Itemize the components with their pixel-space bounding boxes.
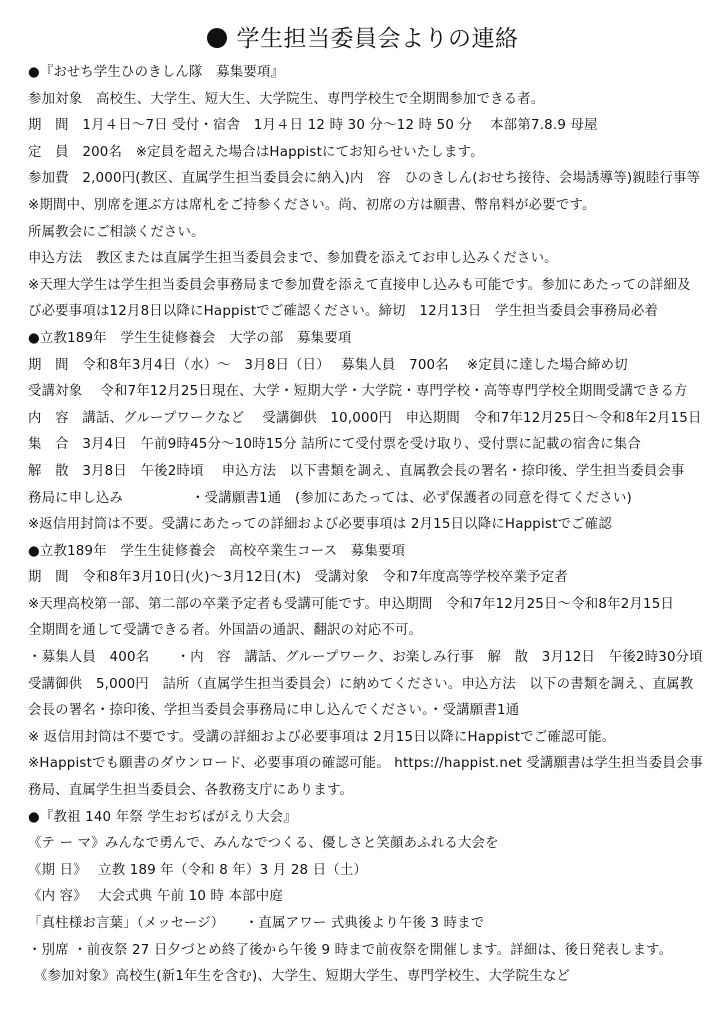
text-line: ※天理高校第一部、第二部の卒業予定者も受講可能です。申込期間 令和7年12月25… [28, 592, 718, 619]
text-line: ※ 返信用封筒は不要です。受講の詳細および必要事項は 2月15日以降にHappi… [28, 725, 718, 752]
text-line: 集 合 3月4日 午前9時45分～10時15分 詰所にて受付票を受け取り、受付票… [28, 432, 718, 459]
text-line: 定 員 200名 ※定員を超えた場合はHappistにてお知らせいたします。 [28, 140, 718, 167]
text-line: 受講対象 令和7年12月25日現在、大学・短期大学・大学院・専門学校・高等専門学… [28, 379, 718, 406]
text-line: 「真柱様お言葉」（メッセージ） ・直属アワー 式典後より午後 3 時まで [28, 911, 718, 938]
text-line: 申込方法 教区または直属学生担当委員会まで、参加費を添えてお申し込みください。 [28, 246, 718, 273]
text-line: ※Happistでも願書のダウンロード、必要事項の確認可能。 https://h… [28, 751, 718, 778]
text-line: 期 間 令和8年3月4日（水）～ 3月8日（日） 募集人員 700名 ※定員に達… [28, 353, 718, 380]
text-line: 期 間 令和8年3月10日(火)～3月12日(木) 受講対象 令和7年度高等学校… [28, 565, 718, 592]
text-line: 内 容 講話、グループワークなど 受講御供 10,000円 申込期間 令和7年1… [28, 406, 718, 433]
section-heading-osechi: ●『おせち学生ひのきしん隊 募集要項』 [28, 60, 718, 87]
text-line: 受講御供 5,000円 詰所（直属学生担当委員会）に納めてください。申込方法 以… [28, 672, 718, 699]
text-line: 参加費 2,000円(教区、直属学生担当委員会に納入)内 容 ひのきしん(おせち… [28, 166, 718, 193]
section-heading-ojibagaeri: ●『教祖 140 年祭 学生おぢばがえり大会』 [28, 805, 718, 832]
text-line: 全期間を通して受講できる者。外国語の通訳、翻訳の対応不可。 [28, 618, 718, 645]
text-line: 務局に申し込み ・受講願書1通 (参加にあたっては、必ず保護者の同意を得てくださ… [28, 486, 718, 513]
text-line: 《テ ー マ》みんなで勇んで、みんなでつくる、優しさと笑顔あふれる大会を [28, 831, 718, 858]
text-line: 《期 日》 立教 189 年（令和 8 年）3 月 28 日（土） [28, 858, 718, 885]
text-line: 会長の署名・捺印後、学担当委員会事務局に申し込んでください。・受講願書1通 [28, 698, 718, 725]
section-heading-hs-graduates: ●立教189年 学生生徒修養会 高校卒業生コース 募集要項 [28, 539, 718, 566]
text-line: 期 間 1月４日～7日 受付・宿舎 1月４日 12 時 30 分～12 時 50… [28, 113, 718, 140]
text-line: 《参加対象》高校生(新1年生を含む)、大学生、短期大学生、専門学校生、大学院生な… [28, 964, 718, 991]
text-line: ※天理大学生は学生担当委員会事務局まで参加費を添えて直接申し込みも可能です。参加… [28, 273, 718, 300]
bullet-icon [207, 28, 227, 48]
document-body: ●『おせち学生ひのきしん隊 募集要項』 参加対象 高校生、大学生、短大生、大学院… [28, 60, 718, 991]
text-line: ※返信用封筒は不要。受講にあたっての詳細および必要事項は 2月15日以降にHap… [28, 512, 718, 539]
section-heading-university: ●立教189年 学生生徒修養会 大学の部 募集要項 [28, 326, 718, 353]
text-line: ・別席 ・前夜祭 27 日夕づとめ終了後から午後 9 時まで前夜祭を開催します。… [28, 938, 718, 965]
text-line: 参加対象 高校生、大学生、短大生、大学院生、専門学校生で全期間参加できる者。 [28, 87, 718, 114]
text-line: ・募集人員 400名 ・内 容 講話、グループワーク、お楽しみ行事 解 散 3月… [28, 645, 718, 672]
text-line: ※期間中、別席を運ぶ方は席札をご持参ください。尚、初席の方は願書、幣帛料が必要で… [28, 193, 718, 220]
page-title: 学生担当委員会よりの連絡 [0, 22, 725, 56]
text-line: 《内 容》 大会式典 午前 10 時 本部中庭 [28, 884, 718, 911]
text-line: 解 散 3月8日 午後2時頃 申込方法 以下書類を調え、直属教会長の署名・捺印後… [28, 459, 718, 486]
text-line: 所属教会にご相談ください。 [28, 220, 718, 247]
text-line: 務局、直属学生担当委員会、各教務支庁にあります。 [28, 778, 718, 805]
page-title-text: 学生担当委員会よりの連絡 [237, 26, 519, 52]
text-line: び必要事項は12月8日以降にHappistでご確認ください。締切 12月13日 … [28, 299, 718, 326]
